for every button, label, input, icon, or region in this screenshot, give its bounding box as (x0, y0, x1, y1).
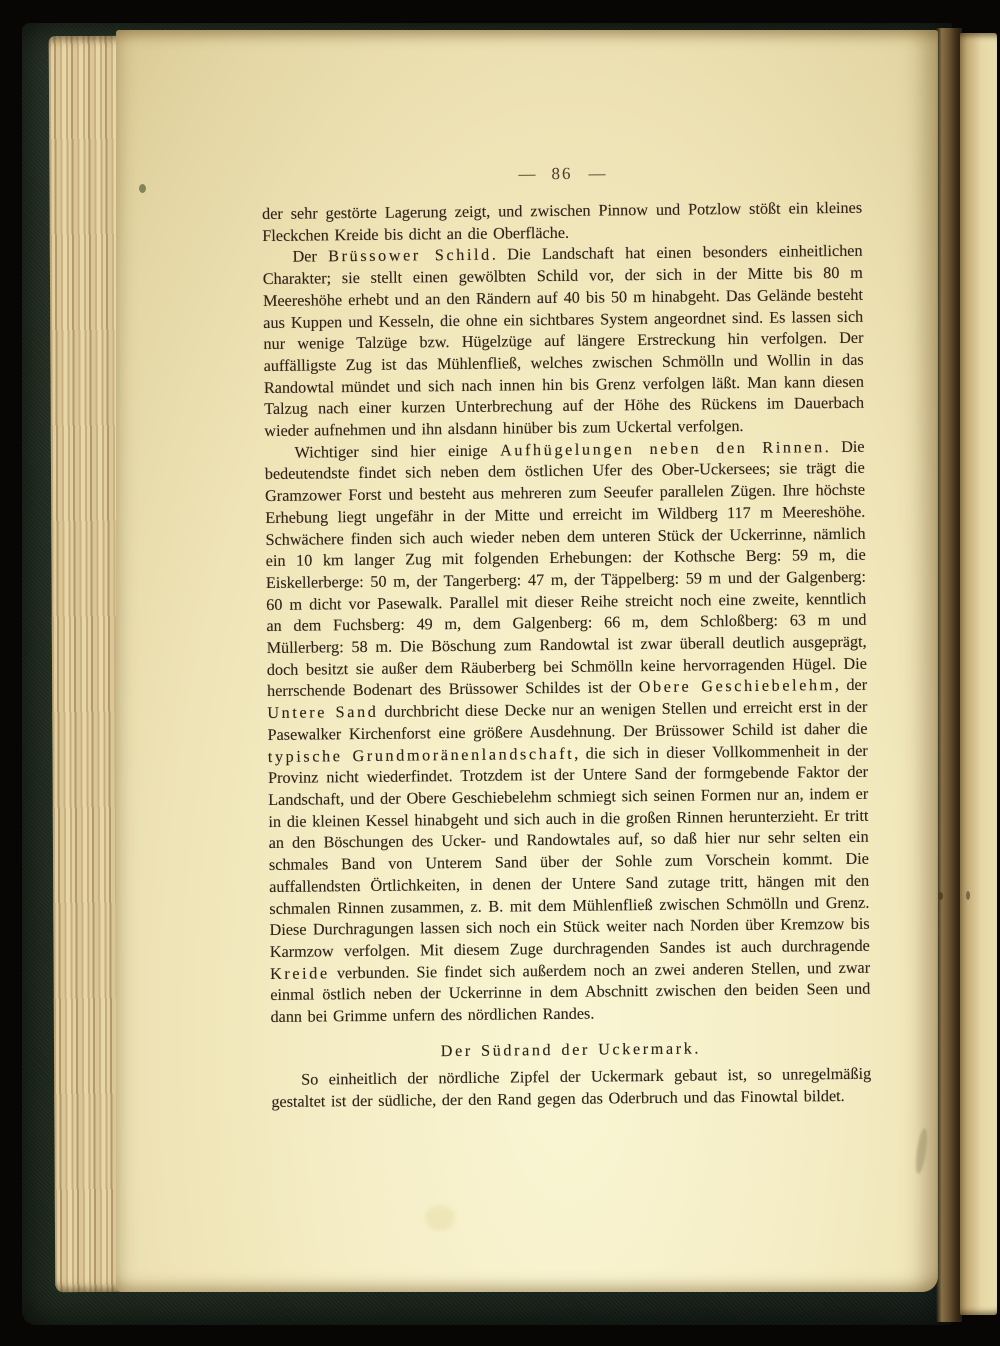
section-heading: Der Südrand der Uckermark. (271, 1036, 871, 1064)
paper-speck (938, 892, 943, 900)
text-run: Wichtiger sind hier einige (295, 441, 501, 461)
paragraph: Wichtiger sind hier einige Aufhügelungen… (264, 436, 870, 1028)
text-run: Kreide (270, 964, 330, 983)
header-dash-left: — (518, 164, 535, 183)
text-run: , der (835, 676, 867, 694)
text-run: Obere Geschiebelehm (639, 676, 835, 696)
page-header: —86— (262, 162, 862, 186)
paragraph: der sehr gestörte Lagerung zeigt, und zw… (262, 198, 862, 248)
text-run: der sehr gestörte Lagerung zeigt, und zw… (262, 199, 862, 245)
paper-speck (966, 891, 970, 900)
paper-light-spot (425, 1205, 455, 1231)
text-run: typische Grundmoränenlandschaft (268, 744, 575, 765)
text-run: Der (292, 248, 328, 266)
facing-page-edge (960, 33, 997, 1315)
text-run: verbunden. Sie findet sich außerdem noch… (270, 958, 870, 1026)
text-run: . Die bedeutendste findet sich neben dem… (265, 437, 867, 700)
text-run: , die sich in dieser Vollkommenheit in d… (268, 741, 870, 961)
text-run: Der Südrand der Uckermark. (441, 1039, 701, 1060)
header-dash-right: — (588, 164, 605, 183)
paper-speck (139, 184, 146, 193)
text-run: . Die Landschaft hat einen besonders ein… (263, 242, 865, 440)
text-run: Aufhügelungen neben den Rinnen (500, 438, 825, 459)
text-run: So einheitlich der nördliche Zipfel der … (271, 1065, 871, 1111)
book-page: —86— der sehr gestörte Lagerung zeigt, u… (116, 30, 938, 1292)
text-run: Untere Sand (267, 703, 378, 722)
paragraph: So einheitlich der nördliche Zipfel der … (271, 1064, 871, 1114)
text-block: der sehr gestörte Lagerung zeigt, und zw… (262, 198, 871, 1114)
gutter-shadow (936, 28, 962, 1322)
paragraph: Der Brüssower Schild. Die Landschaft hat… (262, 241, 864, 443)
text-run: Brüssower Schild (328, 246, 492, 266)
page-number: 86 (551, 164, 572, 183)
